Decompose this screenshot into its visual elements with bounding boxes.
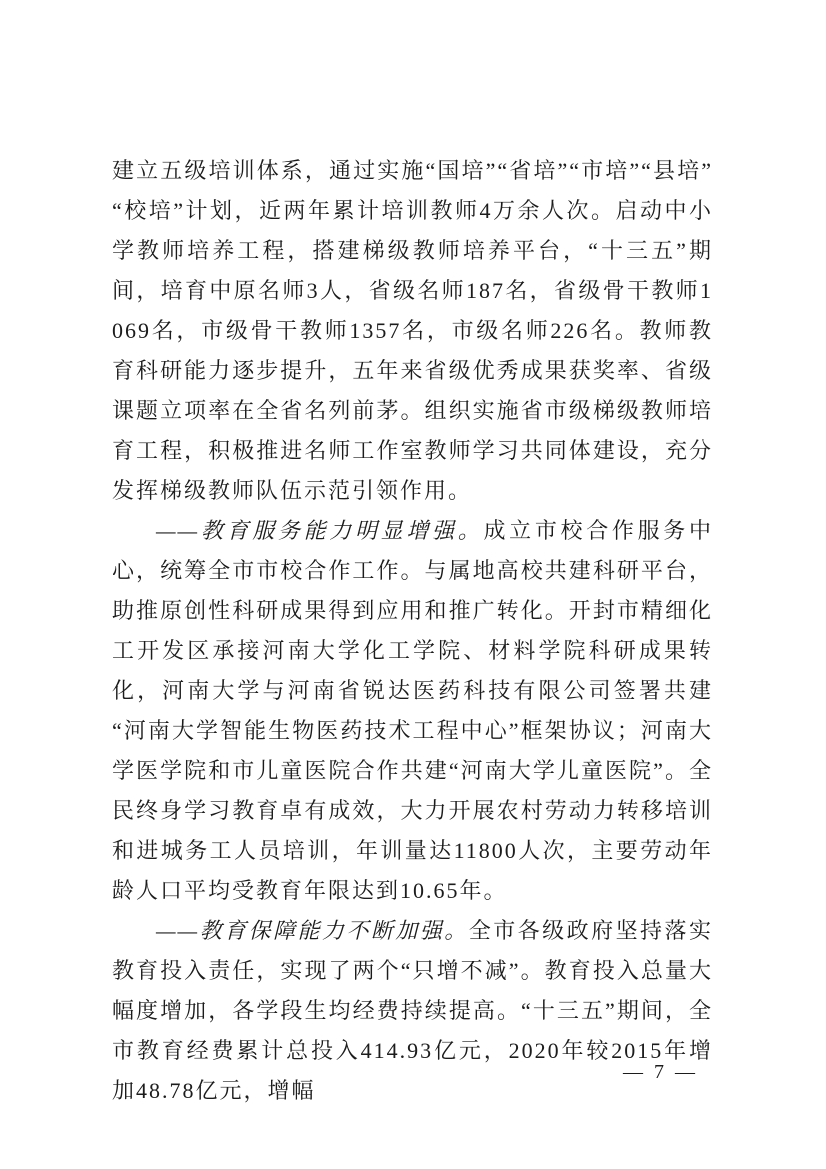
page-number: — 7 — [623, 1058, 698, 1086]
paragraph-lead-text: ——教育服务能力明显增强。 [156, 518, 483, 543]
document-page: 建立五级培训体系，通过实施“国培”“省培”“市培”“县培”“校培”计划，近两年累… [0, 0, 826, 1169]
paragraph-body-text: 建立五级培训体系，通过实施“国培”“省培”“市培”“县培”“校培”计划，近两年累… [112, 158, 713, 503]
paragraph-lead-text: ——教育保障能力不断加强。 [156, 918, 469, 943]
paragraph-education-service: ——教育服务能力明显增强。成立市校合作服务中心，统筹全市市校合作工作。与属地高校… [112, 511, 713, 911]
paragraph-body-text: 成立市校合作服务中心，统筹全市市校合作工作。与属地高校共建科研平台，助推原创性科… [112, 518, 713, 903]
document-body: 建立五级培训体系，通过实施“国培”“省培”“市培”“县培”“校培”计划，近两年累… [112, 151, 713, 1111]
paragraph-teacher-training: 建立五级培训体系，通过实施“国培”“省培”“市培”“县培”“校培”计划，近两年累… [112, 151, 713, 511]
